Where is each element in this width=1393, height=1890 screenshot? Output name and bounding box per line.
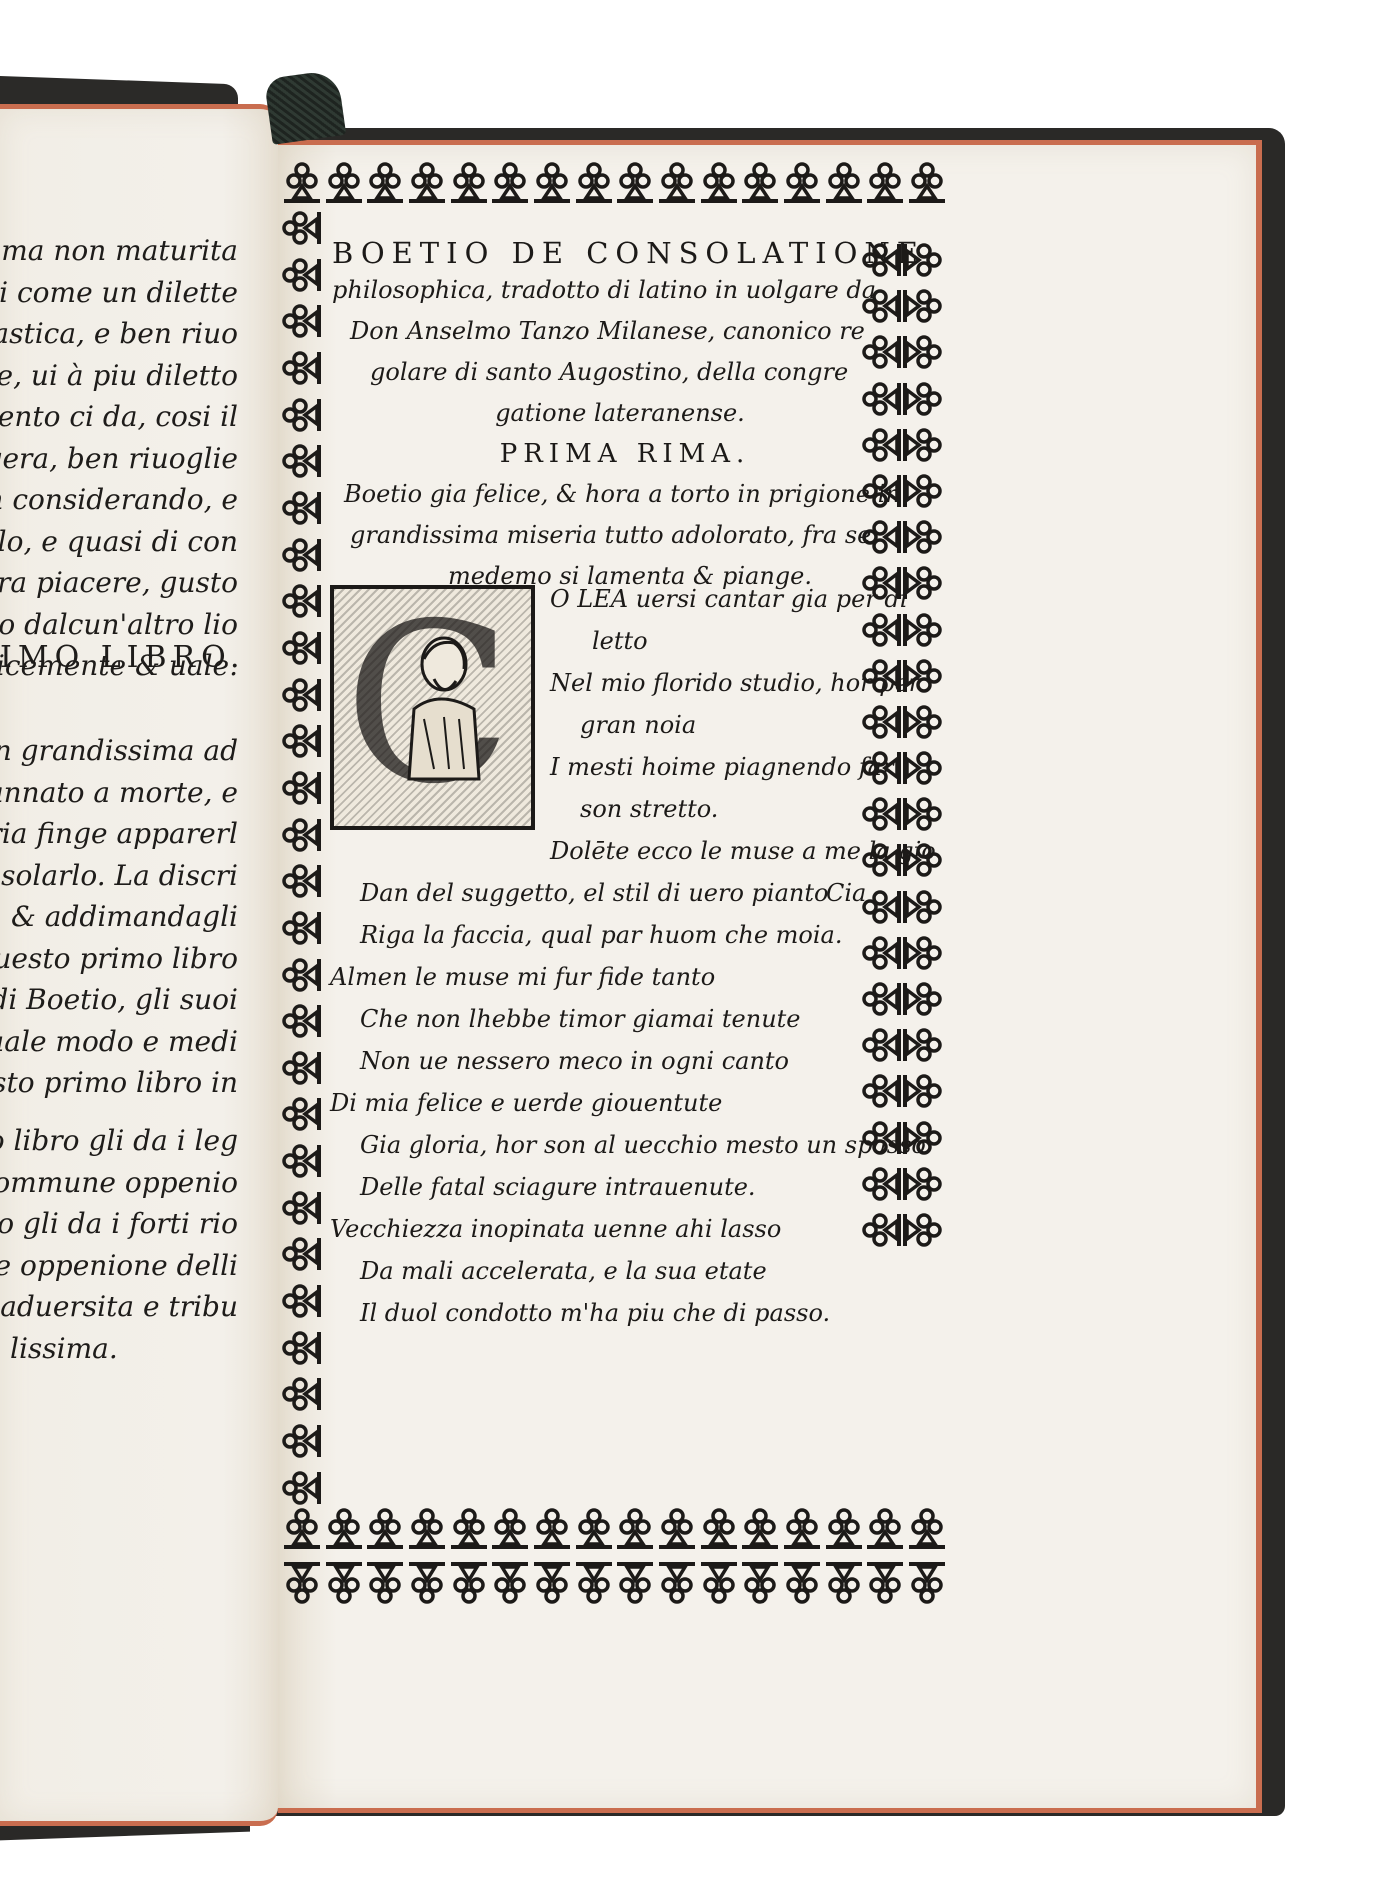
- trefoil-ornament-icon: [862, 1164, 902, 1204]
- trefoil-ornament-icon: [615, 1560, 655, 1604]
- trefoil-ornament-icon: [907, 1560, 947, 1604]
- ornament-border-bottom-lower: [282, 1560, 947, 1604]
- trefoil-ornament-icon: [740, 162, 780, 206]
- trefoil-ornament-icon: [324, 1508, 364, 1552]
- trefoil-ornament-icon: [907, 162, 947, 206]
- poem-line: gran noia: [580, 711, 696, 739]
- trefoil-ornament-icon: [902, 1025, 942, 1065]
- trefoil-ornament-icon: [902, 702, 942, 742]
- text-line: terzo libro gli da i leg: [0, 1120, 238, 1162]
- trefoil-ornament-icon: [282, 1560, 322, 1604]
- trefoil-ornament-icon: [615, 162, 655, 206]
- trefoil-ornament-icon: [862, 1025, 902, 1065]
- trefoil-ornament-icon: [365, 1508, 405, 1552]
- text-line: lissima.: [0, 1328, 238, 1370]
- trefoil-ornament-icon: [862, 332, 902, 372]
- trefoil-ornament-icon: [532, 1560, 572, 1604]
- trefoil-ornament-icon: [902, 425, 942, 465]
- trefoil-ornament-icon: [324, 1560, 364, 1604]
- trefoil-ornament-icon: [574, 162, 614, 206]
- trefoil-ornament-icon: [902, 332, 942, 372]
- trefoil-ornament-icon: [282, 1374, 322, 1414]
- poem-line: Almen le muse mi fur fide tanto: [330, 963, 715, 991]
- trefoil-ornament-icon: [902, 517, 942, 557]
- trefoil-ornament-icon: [862, 702, 902, 742]
- text-line: so questo primo libro in: [0, 1062, 238, 1104]
- trefoil-ornament-icon: [282, 1001, 322, 1041]
- poem-line: Delle fatal sciagure intrauenute.: [360, 1173, 756, 1201]
- trefoil-ornament-icon: [902, 1071, 942, 1111]
- trefoil-ornament-icon: [282, 768, 322, 808]
- text-line: che in questo primo libro: [0, 938, 238, 980]
- trefoil-ornament-icon: [902, 1210, 942, 1250]
- trefoil-ornament-icon: [824, 1560, 864, 1604]
- text-line: quanto dalcun'altro lio: [0, 604, 238, 646]
- text-line: batione di Boetio, gli suoi: [0, 979, 238, 1021]
- trefoil-ornament-icon: [902, 1164, 942, 1204]
- trefoil-ornament-icon: [282, 1281, 322, 1321]
- trefoil-ornament-icon: [902, 563, 942, 603]
- ornament-border-top: [282, 162, 947, 206]
- trefoil-ornament-icon: [282, 721, 322, 761]
- trefoil-ornament-icon: [282, 162, 322, 206]
- trefoil-ornament-icon: [574, 1560, 614, 1604]
- ornament-border-right-inner: [862, 240, 902, 1250]
- trefoil-ornament-icon: [282, 1048, 322, 1088]
- trefoil-ornament-icon: [902, 748, 942, 788]
- trefoil-ornament-icon: [862, 794, 902, 834]
- trefoil-ornament-icon: [282, 1188, 322, 1228]
- trefoil-ornament-icon: [862, 933, 902, 973]
- left-page-text-block-a: gerla, ma non maturita eroche si come un…: [0, 230, 238, 687]
- trefoil-ornament-icon: [532, 162, 572, 206]
- trefoil-ornament-icon: [902, 286, 942, 326]
- trefoil-ornament-icon: [490, 1508, 530, 1552]
- trefoil-ornament-icon: [865, 162, 905, 206]
- trefoil-ornament-icon: [407, 1508, 447, 1552]
- poem-line: Non ue nessero meco in ogni canto: [360, 1047, 789, 1075]
- poem-line: son stretto.: [580, 795, 718, 823]
- text-line: parla, & addimandagli: [0, 896, 238, 938]
- trefoil-ornament-icon: [282, 861, 322, 901]
- text-line: nosce quale modo e medi: [0, 1021, 238, 1063]
- poem-line: Gia gloria, hor son al uecchio mesto un …: [360, 1131, 926, 1159]
- trefoil-ornament-icon: [862, 425, 902, 465]
- poem-line: O LEA uersi cantar gia per di: [550, 585, 907, 613]
- trefoil-ornament-icon: [862, 1210, 902, 1250]
- trefoil-ornament-icon: [824, 1508, 864, 1552]
- trefoil-ornament-icon: [862, 979, 902, 1019]
- argument-line: grandissima miseria tutto adolorato, fra…: [350, 515, 860, 556]
- trefoil-ornament-icon: [657, 1508, 697, 1552]
- right-page-content: BOETIO DE CONSOLATIONE philosophica, tra…: [330, 230, 860, 597]
- poem-line: Riga la faccia, qual par huom che moia.: [360, 921, 842, 949]
- trefoil-ornament-icon: [740, 1560, 780, 1604]
- trefoil-ornament-icon: [282, 815, 322, 855]
- trefoil-ornament-icon: [282, 1141, 322, 1181]
- section-heading: PRIMA RIMA.: [390, 434, 860, 474]
- trefoil-ornament-icon: [824, 162, 864, 206]
- text-line: glio si mastica, e ben riuo: [0, 313, 238, 355]
- trefoil-ornament-icon: [407, 162, 447, 206]
- text-line: a miseria finge apparerl: [0, 813, 238, 855]
- trefoil-ornament-icon: [282, 1421, 322, 1461]
- trefoil-ornament-icon: [865, 1560, 905, 1604]
- trefoil-ornament-icon: [657, 162, 697, 206]
- trefoil-ornament-icon: [449, 1560, 489, 1604]
- ribbon-bookmark-icon: [264, 69, 346, 145]
- trefoil-ornament-icon: [782, 1560, 822, 1604]
- trefoil-ornament-icon: [902, 887, 942, 927]
- page-title: BOETIO DE CONSOLATIONE: [332, 236, 860, 270]
- trefoil-ornament-icon: [282, 395, 322, 435]
- poem-line-suffix: Cia: [826, 879, 866, 907]
- subtitle-line: gatione lateranense.: [380, 393, 860, 434]
- trefoil-ornament-icon: [282, 255, 322, 295]
- trefoil-ornament-icon: [282, 1094, 322, 1134]
- trefoil-ornament-icon: [862, 610, 902, 650]
- trefoil-ornament-icon: [490, 1560, 530, 1604]
- trefoil-ornament-icon: [449, 162, 489, 206]
- trefoil-ornament-icon: [282, 441, 322, 481]
- trefoil-ornament-icon: [282, 581, 322, 621]
- trefoil-ornament-icon: [782, 162, 822, 206]
- text-line: ggendolo, e quasi di con: [0, 521, 238, 563]
- left-page-text-block-c: terzo libro gli da i leg ndo la commune …: [0, 1120, 238, 1369]
- trefoil-ornament-icon: [282, 535, 322, 575]
- left-page-heading: IMO LIBRO.: [0, 640, 238, 675]
- trefoil-ornament-icon: [862, 1071, 902, 1111]
- text-line: se ne hara piacere, gusto: [0, 562, 238, 604]
- trefoil-ornament-icon: [862, 379, 902, 419]
- trefoil-ornament-icon: [782, 1508, 822, 1552]
- trefoil-ornament-icon: [282, 1234, 322, 1274]
- trefoil-ornament-icon: [532, 1508, 572, 1552]
- trefoil-ornament-icon: [282, 208, 322, 248]
- ornament-border-left: [282, 208, 322, 1508]
- trefoil-ornament-icon: [282, 1468, 322, 1508]
- text-line: eroche si come un dilette: [0, 272, 238, 314]
- trefoil-ornament-icon: [902, 610, 942, 650]
- trefoil-ornament-icon: [615, 1508, 655, 1552]
- ornament-border-bottom-upper: [282, 1508, 947, 1552]
- text-line: nto libro gli da i forti rio: [0, 1203, 238, 1245]
- text-line: o si leggera, ben riuoglie: [0, 438, 238, 480]
- trefoil-ornament-icon: [862, 887, 902, 927]
- poem-line: Dan del suggetto, el stil di uero pianto: [360, 879, 828, 907]
- trefoil-ornament-icon: [902, 471, 942, 511]
- poem-line: Che non lhebbe timor giamai tenute: [360, 1005, 801, 1033]
- text-line: gerla, ma non maturita: [0, 230, 238, 272]
- poem-line: letto: [592, 627, 648, 655]
- trefoil-ornament-icon: [282, 348, 322, 388]
- trefoil-ornament-icon: [282, 301, 322, 341]
- subtitle-line: Don Anselmo Tanzo Milanese, canonico re: [350, 311, 860, 352]
- trefoil-ornament-icon: [282, 488, 322, 528]
- text-line: ata sua aduersita e tribu: [0, 1286, 238, 1328]
- poem-line: Vecchiezza inopinata uenne ahi lasso: [330, 1215, 781, 1243]
- woodcut-initial-illustration: C: [330, 585, 535, 830]
- trefoil-ornament-icon: [282, 675, 322, 715]
- subtitle-line: golare di santo Augostino, della congre: [370, 352, 860, 393]
- trefoil-ornament-icon: [365, 1560, 405, 1604]
- trefoil-ornament-icon: [282, 1328, 322, 1368]
- trefoil-ornament-icon: [490, 162, 530, 206]
- trefoil-ornament-icon: [449, 1508, 489, 1552]
- ornament-border-right-outer: [902, 240, 942, 1250]
- trefoil-ornament-icon: [407, 1560, 447, 1604]
- trefoil-ornament-icon: [282, 1508, 322, 1552]
- poem-line: Da mali accelerata, e la sua etate: [360, 1257, 767, 1285]
- trefoil-ornament-icon: [282, 908, 322, 948]
- trefoil-ornament-icon: [902, 933, 942, 973]
- subtitle-line: philosophica, tradotto di latino in uolg…: [332, 270, 860, 311]
- text-line: per consolarlo. La discri: [0, 855, 238, 897]
- text-line: nze ben considerando, e: [0, 479, 238, 521]
- trefoil-ornament-icon: [365, 162, 405, 206]
- trefoil-ornament-icon: [574, 1508, 614, 1552]
- poem-line: I mesti hoime piagnendo far: [550, 753, 893, 781]
- trefoil-ornament-icon: [657, 1560, 697, 1604]
- text-line: e condannato a morte, e: [0, 772, 238, 814]
- left-page-text-block-b: ttorto in grandissima ad e condannato a …: [0, 730, 238, 1104]
- text-line: ngiotisse, ui à piu diletto: [0, 355, 238, 397]
- poem-line: Nel mio florido studio, hor per: [550, 669, 920, 697]
- trefoil-ornament-icon: [324, 162, 364, 206]
- trefoil-ornament-icon: [282, 628, 322, 668]
- trefoil-ornament-icon: [865, 1508, 905, 1552]
- trefoil-ornament-icon: [699, 162, 739, 206]
- text-line: ndo la commune oppenio: [0, 1162, 238, 1204]
- argument-line: Boetio gia felice, & hora a torto in pri…: [344, 474, 860, 515]
- trefoil-ornament-icon: [902, 979, 942, 1019]
- trefoil-ornament-icon: [907, 1508, 947, 1552]
- trefoil-ornament-icon: [902, 794, 942, 834]
- text-line: e nodrimento ci da, cosi il: [0, 396, 238, 438]
- trefoil-ornament-icon: [699, 1508, 739, 1552]
- trefoil-ornament-icon: [740, 1508, 780, 1552]
- portrait-figure-icon: [394, 629, 484, 789]
- poem-line: Di mia felice e uerde giouentute: [330, 1089, 722, 1117]
- text-line: ttorto in grandissima ad: [0, 730, 238, 772]
- trefoil-ornament-icon: [699, 1560, 739, 1604]
- poem-line: Dolēte ecco le muse a me la gio: [550, 837, 936, 865]
- trefoil-ornament-icon: [902, 379, 942, 419]
- poem-line: Il duol condotto m'ha piu che di passo.: [360, 1299, 830, 1327]
- trefoil-ornament-icon: [282, 955, 322, 995]
- text-line: ommune oppenione delli: [0, 1245, 238, 1287]
